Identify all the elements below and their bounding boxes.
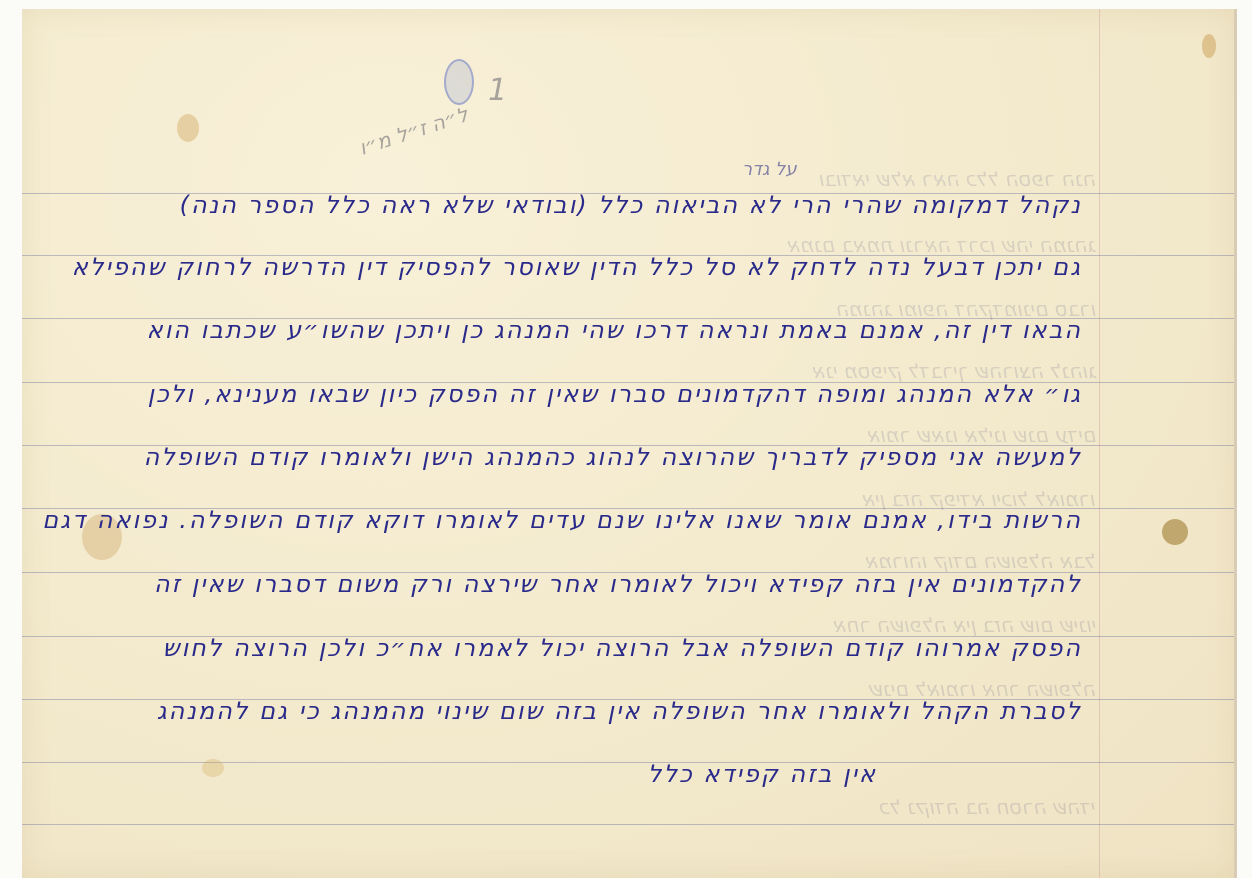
- stain: [202, 759, 224, 777]
- stain: [1202, 34, 1216, 58]
- interlinear-note: על גדר: [742, 159, 797, 180]
- text-line-1: נקהל דמקומה שהרי הרי לא הביאוה כלל (ובוד…: [180, 191, 1082, 219]
- text-line-7: להקדמונים אין בזה קפידא ויכול לאומרו אחר…: [154, 570, 1082, 598]
- pencil-reference-note: ל״ה ז״ל מ״ו: [356, 102, 471, 160]
- ruled-line: [22, 824, 1237, 825]
- text-line-10: אין בזה קפידא כלל: [648, 760, 877, 788]
- bleed-through-text: כל נקודה בה חסרה שהדי: [880, 795, 1097, 819]
- stain: [177, 114, 199, 142]
- pencil-number-mark: 1: [488, 73, 507, 108]
- stain: [1162, 519, 1188, 545]
- text-line-9: לסברת הקהל ולאומרו אחר השופלה אין בזה שו…: [157, 697, 1082, 725]
- bleed-through-text: ובודאי שלא ראה כלל הספר הנה: [820, 167, 1097, 191]
- text-line-2: גם יתכן דבעל נדה לדחק לא סל כלל הדין שאו…: [72, 253, 1082, 281]
- blue-ink-smudge: [444, 59, 474, 105]
- margin-line: [1099, 9, 1100, 878]
- text-line-3: הבאו דין זה, אמנם באמת ונראה דרכו שהי המ…: [147, 316, 1082, 344]
- text-line-4: גו״ אלא המנהג ומופה דהקדמונים סברו שאין …: [148, 380, 1082, 408]
- text-line-8: הפסק אמרוהו קודם השופלה אבל הרוצה יכול ל…: [163, 634, 1082, 662]
- text-line-5: למעשה אני מספיק לדבריך שהרוצה לנהוג כהמנ…: [144, 443, 1082, 471]
- text-line-6: הרשות בידו, אמנם אומר שאנו אלינו שנם עדי…: [42, 506, 1082, 534]
- manuscript-page: ובודאי שלא ראה כלל הספר הנה אמנם באמת ונ…: [22, 9, 1237, 878]
